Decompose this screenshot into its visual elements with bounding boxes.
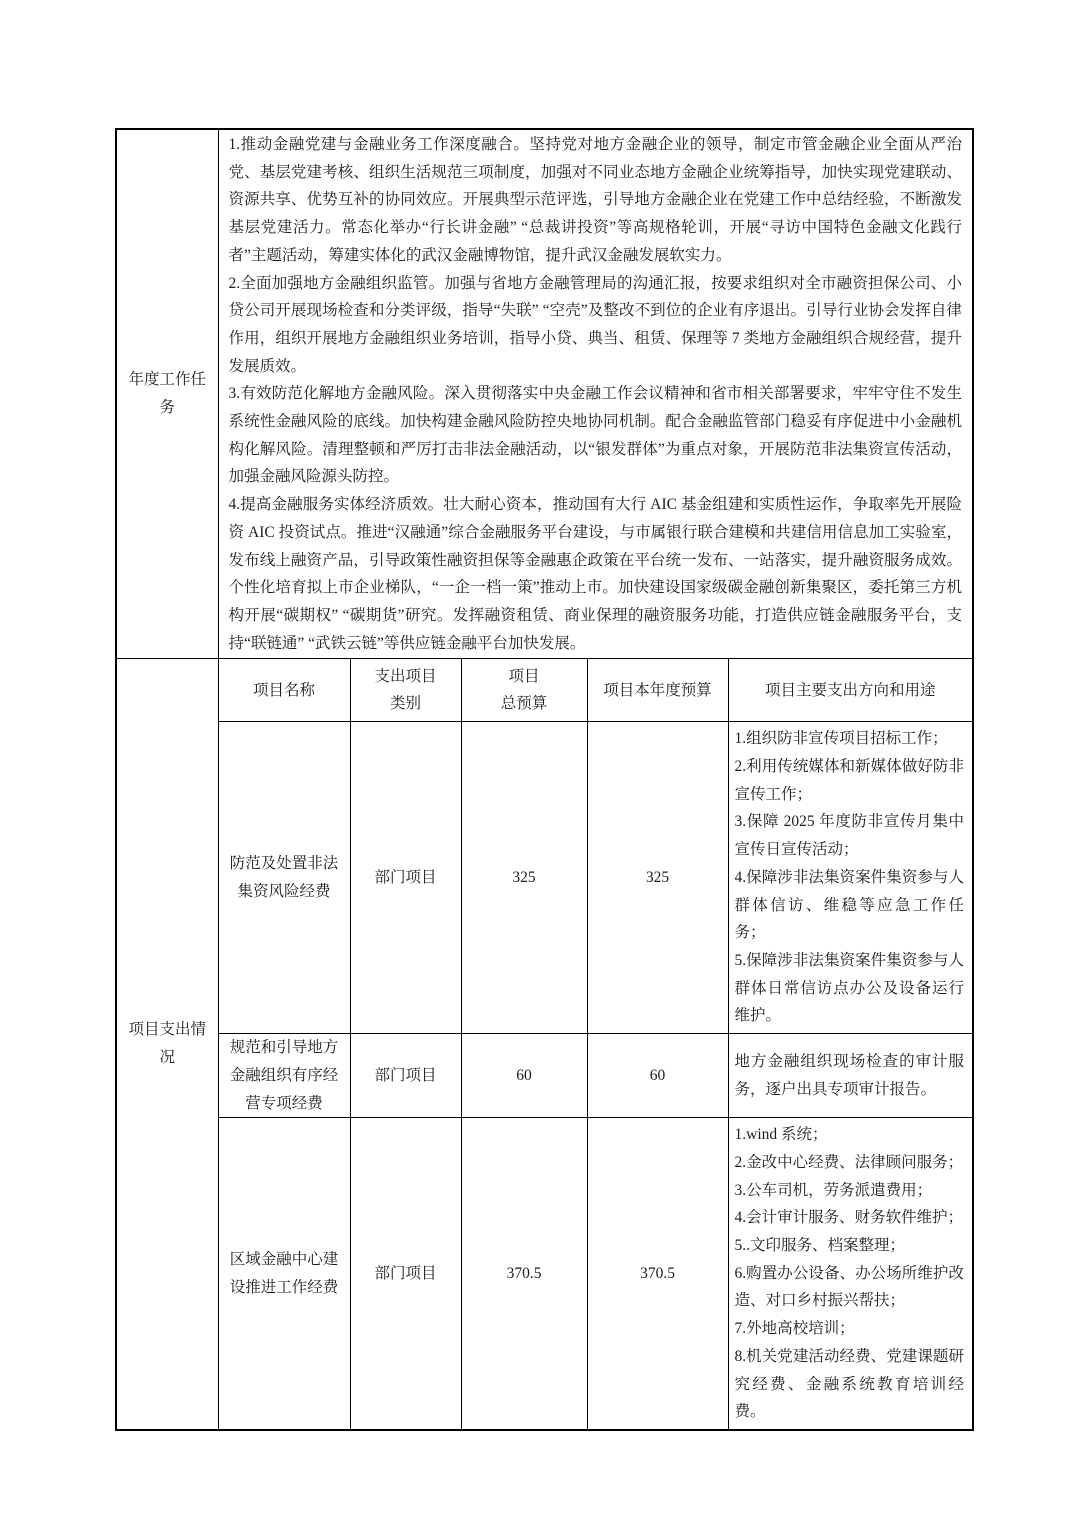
usage-item: 2.利用传统媒体和新媒体做好防非宣传工作； xyxy=(735,753,965,808)
usage-item: 地方金融组织现场检查的审计服务，逐户出具专项审计报告。 xyxy=(735,1048,965,1103)
budget-table: 年度工作任 务 1.推动金融党建与金融业务工作深度融合。坚持党对地方金融企业的领… xyxy=(115,128,974,1431)
project-year-budget-cell: 370.5 xyxy=(587,1118,728,1430)
usage-item: 3.保障 2025 年度防非宣传月集中宣传日宣传活动； xyxy=(735,808,965,863)
table-row-project-3: 区域金融中心建 设推进工作经费 部门项目 370.5 370.5 1.wind … xyxy=(116,1118,973,1430)
project-year-budget-cell: 325 xyxy=(587,722,728,1034)
usage-item: 3.公车司机，劳务派遣费用； xyxy=(735,1177,965,1205)
project-name-cell: 规范和引导地方 金融组织有序经 营专项经费 xyxy=(218,1034,350,1118)
task-paragraph-1: 1.推动金融党建与金融业务工作深度融合。坚持党对地方金融企业的领导，制定市管金融… xyxy=(229,131,963,270)
usage-item: 1.wind 系统； xyxy=(735,1121,965,1149)
task-paragraph-3: 3.有效防范化解地方金融风险。深入贯彻落实中央金融工作会议精神和省市相关部署要求… xyxy=(229,380,963,491)
col-header-total-budget: 项目 总预算 xyxy=(461,659,587,722)
project-total-budget-cell: 370.5 xyxy=(461,1118,587,1430)
project-year-budget-cell: 60 xyxy=(587,1034,728,1118)
usage-item: 4.会计审计服务、财务软件维护； xyxy=(735,1204,965,1232)
project-name-cell: 区域金融中心建 设推进工作经费 xyxy=(218,1118,350,1430)
row-header-project-expenditure: 项目支出情 况 xyxy=(116,659,218,1430)
project-category-cell: 部门项目 xyxy=(350,1118,461,1430)
usage-item: 4.保障涉非法集资案件集资参与人群体信访、维稳等应急工作任务； xyxy=(735,864,965,947)
col-header-usage: 项目主要支出方向和用途 xyxy=(728,659,973,722)
usage-item: 7.外地高校培训； xyxy=(735,1315,965,1343)
task-paragraph-4: 4.提高金融服务实体经济质效。壮大耐心资本，推动国有大行 AIC 基金组建和实质… xyxy=(229,491,963,657)
table-row-project-2: 规范和引导地方 金融组织有序经 营专项经费 部门项目 60 60 地方金融组织现… xyxy=(116,1034,973,1118)
table-row-project-1: 防范及处置非法 集资风险经费 部门项目 325 325 1.组织防非宣传项目招标… xyxy=(116,722,973,1034)
table-row-column-headers: 项目支出情 况 项目名称 支出项目 类别 项目 总预算 项目本年度预算 项目主要… xyxy=(116,659,973,722)
document-page: { "annual_tasks": { "row_label": "年度工作任\… xyxy=(0,0,1074,1520)
col-header-category: 支出项目 类别 xyxy=(350,659,461,722)
col-header-project-name: 项目名称 xyxy=(218,659,350,722)
usage-item: 5.保障涉非法集资案件集资参与人群体日常信访点办公及设备运行维护。 xyxy=(735,947,965,1030)
project-usage-cell: 1.组织防非宣传项目招标工作； 2.利用传统媒体和新媒体做好防非宣传工作； 3.… xyxy=(728,722,973,1034)
project-name-cell: 防范及处置非法 集资风险经费 xyxy=(218,722,350,1034)
usage-item: 6.购置办公设备、办公场所维护改造、对口乡村振兴帮扶； xyxy=(735,1260,965,1315)
row-header-annual-tasks: 年度工作任 务 xyxy=(116,129,218,659)
project-total-budget-cell: 60 xyxy=(461,1034,587,1118)
usage-item: 1.组织防非宣传项目招标工作； xyxy=(735,725,965,753)
task-paragraph-2: 2.全面加强地方金融组织监管。加强与省地方金融管理局的沟通汇报，按要求组织对全市… xyxy=(229,270,963,381)
project-category-cell: 部门项目 xyxy=(350,722,461,1034)
project-total-budget-cell: 325 xyxy=(461,722,587,1034)
project-category-cell: 部门项目 xyxy=(350,1034,461,1118)
usage-item: 5..文印服务、档案整理； xyxy=(735,1232,965,1260)
usage-item: 8.机关党建活动经费、党建课题研究经费、金融系统教育培训经费。 xyxy=(735,1343,965,1426)
annual-tasks-content: 1.推动金融党建与金融业务工作深度融合。坚持党对地方金融企业的领导，制定市管金融… xyxy=(218,129,973,659)
table-row-annual-tasks: 年度工作任 务 1.推动金融党建与金融业务工作深度融合。坚持党对地方金融企业的领… xyxy=(116,129,973,659)
project-usage-cell: 地方金融组织现场检查的审计服务，逐户出具专项审计报告。 xyxy=(728,1034,973,1118)
project-usage-cell: 1.wind 系统； 2.金改中心经费、法律顾问服务； 3.公车司机，劳务派遣费… xyxy=(728,1118,973,1430)
col-header-year-budget: 项目本年度预算 xyxy=(587,659,728,722)
usage-item: 2.金改中心经费、法律顾问服务； xyxy=(735,1149,965,1177)
